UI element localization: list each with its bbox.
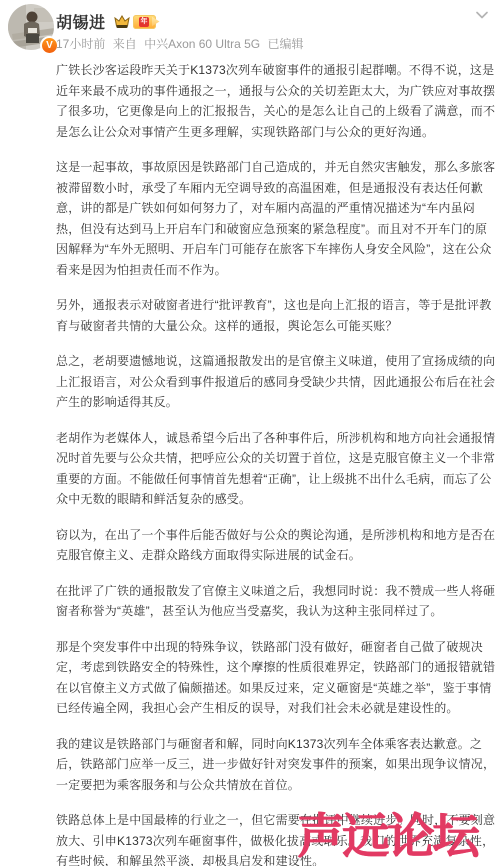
text-line: 育与破窗者共情的大量公众。这样的通报，舆论怎么可能买账？ xyxy=(56,316,503,337)
text-line: 窃以为，在出了一个事件后能否做好与公众的舆论沟通，是所涉机构和地方是否在 xyxy=(56,525,503,546)
edited-label: 已编辑 xyxy=(267,37,303,51)
text-line: 一定要把为乘客服务和与公众共情放在首位。 xyxy=(56,775,503,796)
avatar[interactable]: V xyxy=(8,4,56,52)
text-line: 这是一起事故，事故原因是铁路部门自己造成的，并无自然灾害触发，那么多旅客 xyxy=(56,157,503,178)
text-line: 被滞留数小时，承受了车厢内无空调导致的高温困难，但是通报没有表达任何歉 xyxy=(56,178,503,199)
text-line: 放大、引申K1373次列车砸窗事件，做极化拔高或取乐。我们的世界充满复杂性， xyxy=(56,831,503,852)
post-text-paragraph: 这是一起事故，事故原因是铁路部门自己造成的，并无自然灾害触发，那么多旅客被滞留数… xyxy=(56,157,503,280)
post-text-paragraph: 在批评了广铁的通报散发了官僚主义味道之后，我想同时说：我不赞成一些人将砸窗者称誉… xyxy=(56,581,503,622)
post-text: 广铁长沙客运段昨天关于K1373次列车破窗事件的通报引起群嘲。不得不说，这是近年… xyxy=(56,60,503,866)
text-line: 已经传遍全网，我担心会产生相反的误导，对我们社会未必就是建设性的。 xyxy=(56,698,503,719)
svip-crown-icon[interactable] xyxy=(113,14,131,30)
text-line: 定，考虑到铁路安全的特殊性，这个摩擦的性质很难界定，铁路部门的通报错就错 xyxy=(56,657,503,678)
vip-level-badge[interactable]: 年 xyxy=(133,15,156,29)
text-line: 广铁长沙客运段昨天关于K1373次列车破窗事件的通报引起群嘲。不得不说，这是 xyxy=(56,60,503,81)
text-line: 老胡作为老媒体人，诚恳希望今后出了各种事件后，所涉机构和地方向社会通报情 xyxy=(56,428,503,449)
text-line: 重要的方面。不能做任何事情首先想着“正确”，让上级挑不出什么毛病，而忘了公 xyxy=(56,469,503,490)
text-line: 窗者称誉为“英雄”，甚至认为他应当受嘉奖，我认为这种主张同样过了。 xyxy=(56,601,503,622)
text-line: 众中无数的眼睛和鲜活复杂的感受。 xyxy=(56,489,503,510)
text-line: 铁路总体上是中国最棒的行业之一，但它需要在批评中继续进步。同时，不要刻意 xyxy=(56,810,503,831)
text-line: 那是个突发事件中出现的特殊争议，铁路部门没有做好，砸窗者自己做了破规决 xyxy=(56,637,503,658)
text-line: 有些时候，和解虽然平淡，却极具启发和建设性。 xyxy=(56,851,503,866)
post-text-paragraph: 另外，通报表示对破窗者进行“批评教育”，这也是向上汇报的语言，等于是批评教育与破… xyxy=(56,295,503,336)
text-line: 是怎么让公众对事情产生更多理解，实现铁路部门与公众的更好沟通。 xyxy=(56,122,503,143)
text-line: 克服官僚主义、走群众路线方面取得实际进展的试金石。 xyxy=(56,545,503,566)
text-line: 我的建议是铁路部门与砸窗者和解，同时向K1373次列车全体乘客表达歉意。之 xyxy=(56,734,503,755)
source-device[interactable]: 中兴Axon 60 Ultra 5G xyxy=(144,37,260,51)
source-prefix: 来自 xyxy=(113,37,137,51)
post-text-paragraph: 广铁长沙客运段昨天关于K1373次列车破窗事件的通报引起群嘲。不得不说，这是近年… xyxy=(56,60,503,142)
text-line: 看来是因为怕担责任而不作为。 xyxy=(56,260,503,281)
post-text-paragraph: 窃以为，在出了一个事件后能否做好与公众的舆论沟通，是所涉机构和地方是否在克服官僚… xyxy=(56,525,503,566)
text-line: 况时首先要与公众共情，把呼应公众的关切置于首位，这是克服官僚主义一个非常 xyxy=(56,448,503,469)
text-line: 近年来最不成功的事件通报之一，通报与公众的关切差距太大，为广铁应对事故摆 xyxy=(56,81,503,102)
post-meta: 17小时前 来自 中兴Axon 60 Ultra 5G 已编辑 xyxy=(56,35,503,52)
post-text-paragraph: 总之，老胡要遗憾地说，这篇通报散发出的是官僚主义味道，使用了宣扬成绩的向上汇报语… xyxy=(56,351,503,413)
text-line: 在批评了广铁的通报散发了官僚主义味道之后，我想同时说：我不赞成一些人将砸 xyxy=(56,581,503,602)
author-row: 胡锡进 年 xyxy=(56,11,503,32)
author-name[interactable]: 胡锡进 xyxy=(56,10,106,33)
text-line: 另外，通报表示对破窗者进行“批评教育”，这也是向上汇报的语言，等于是批评教 xyxy=(56,295,503,316)
weibo-post: V 胡锡进 年 17小时前 来自 中兴Axon 60 Ultra 5G xyxy=(0,0,503,866)
text-line: 产生的影响适得其反。 xyxy=(56,392,503,413)
post-text-paragraph: 那是个突发事件中出现的特殊争议，铁路部门没有做好，砸窗者自己做了破规决定，考虑到… xyxy=(56,637,503,719)
text-line: 意，讲的都是广铁如何如何努力了，对车厢内高温的严重情况描述为“车内虽闷 xyxy=(56,198,503,219)
post-text-paragraph: 我的建议是铁路部门与砸窗者和解，同时向K1373次列车全体乘客表达歉意。之后，铁… xyxy=(56,734,503,796)
text-line: 在以官僚主义方式做了偏颇描述。如果反过来，定义砸窗是“英雄之举”，鉴于事情 xyxy=(56,678,503,699)
vip-level-glyph: 年 xyxy=(139,17,149,27)
post-text-paragraph: 老胡作为老媒体人，诚恳希望今后出了各种事件后，所涉机构和地方向社会通报情况时首先… xyxy=(56,428,503,510)
text-line: 热，但没有达到马上开启车门和破窗应急预案的紧急程度”。而且对不开车门的原 xyxy=(56,219,503,240)
text-line: 了很多功，它更像是向上的汇报报告，关心的是怎么让自己的上级看了满意，而不 xyxy=(56,101,503,122)
text-line: 后，铁路部门应举一反三，进一步做好针对突发事件的预案，如果出现争议情况， xyxy=(56,754,503,775)
text-line: 上汇报语言，对公众看到事件报道后的感同身受缺少共情，因此通报公布后在社会 xyxy=(56,372,503,393)
text-line: 总之，老胡要遗憾地说，这篇通报散发出的是官僚主义味道，使用了宣扬成绩的向 xyxy=(56,351,503,372)
text-line: 因解释为“车外无照明、开启车门可能存在旅客下车摔伤人身安全风险”，这在公众 xyxy=(56,239,503,260)
post-text-paragraph: 铁路总体上是中国最棒的行业之一，但它需要在批评中继续进步。同时，不要刻意放大、引… xyxy=(56,810,503,866)
post-time: 17小时前 xyxy=(56,37,105,51)
